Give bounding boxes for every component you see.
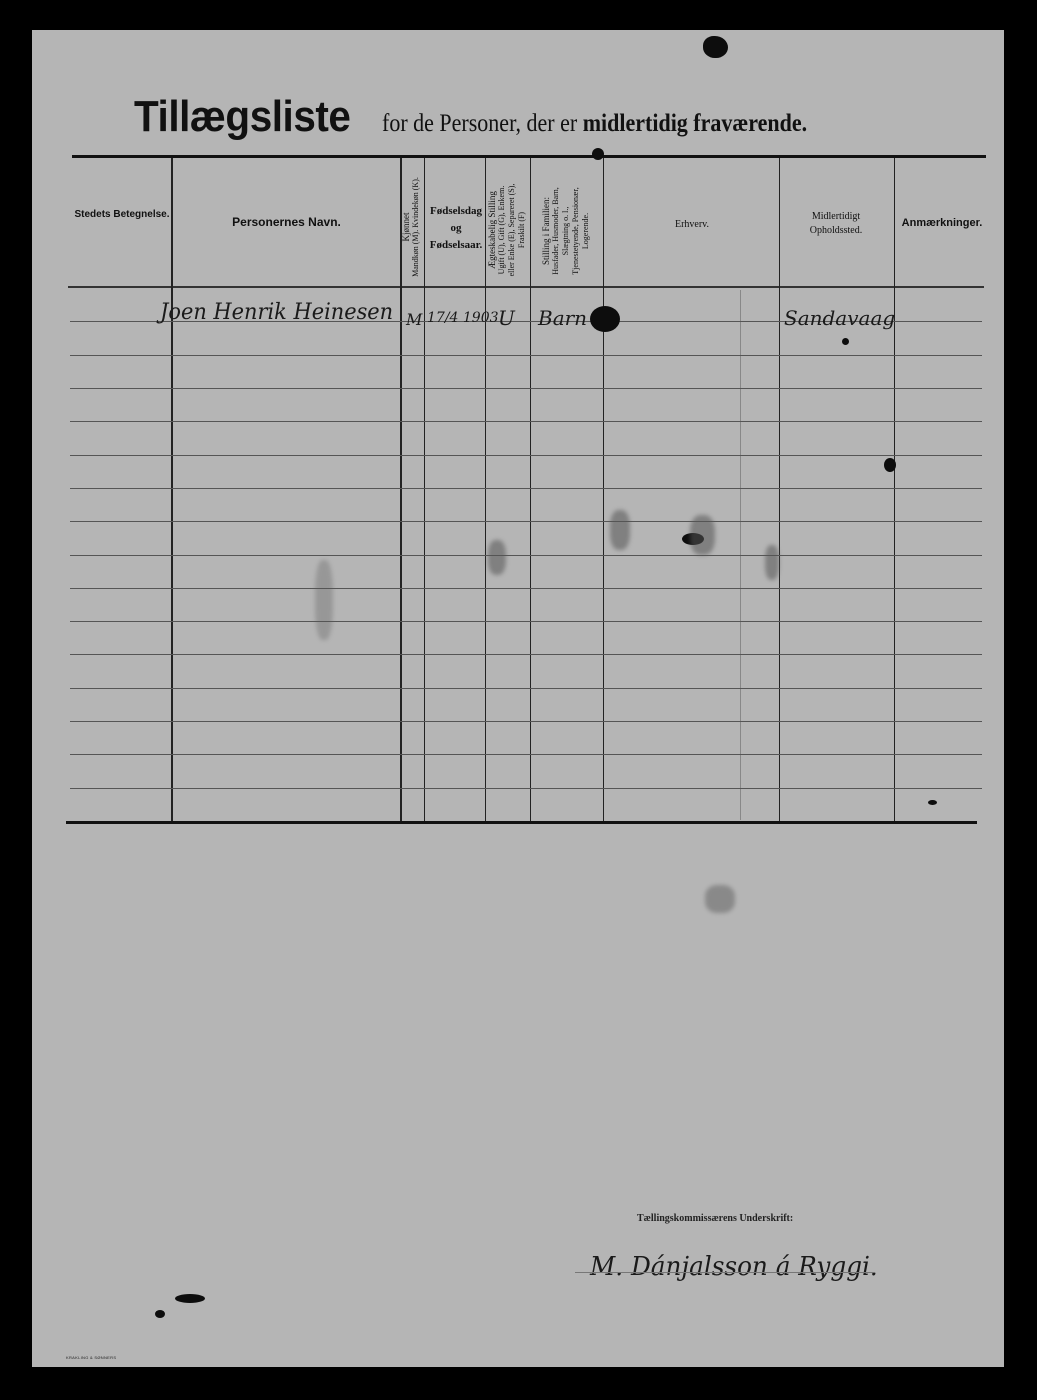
ink-blot xyxy=(884,458,896,472)
ink-blot xyxy=(155,1310,165,1318)
ink-blot xyxy=(842,338,849,345)
signature-line xyxy=(575,1272,875,1273)
row-line xyxy=(70,621,982,622)
smudge xyxy=(705,885,735,913)
header-kjonnet: Kjønnet Mandkøn (M). Kvindekøn (K). xyxy=(401,167,425,287)
cell-aegte: U xyxy=(498,306,515,330)
cell-navn: Joen Henrik Heinesen xyxy=(160,300,393,325)
header-stilling-i-familien: Stilling i Familien: Husfader, Husmoder,… xyxy=(541,171,593,291)
row-line xyxy=(70,355,982,356)
row-line xyxy=(70,555,982,556)
row-line xyxy=(70,388,982,389)
row-line xyxy=(70,455,982,456)
row-line xyxy=(70,588,982,589)
printer-mark: KRAKLING & SØNNERS xyxy=(66,1355,116,1360)
cell-kjon: M xyxy=(406,310,422,329)
cell-opholdssted: Sandavaag xyxy=(784,306,895,330)
header-stedets-betegnelse: Stedets Betegnelse. xyxy=(74,208,170,222)
table-bottom-rule xyxy=(66,821,977,824)
form-title: Tillægsliste xyxy=(134,92,350,142)
ink-blot xyxy=(592,148,604,160)
row-line xyxy=(70,754,982,755)
header-anmaerkninger: Anmærkninger. xyxy=(896,217,988,229)
row-line xyxy=(70,788,982,789)
ink-blot xyxy=(703,36,728,58)
table-top-rule xyxy=(72,155,986,158)
row-line xyxy=(70,488,982,489)
row-line xyxy=(70,688,982,689)
row-line xyxy=(70,521,982,522)
smudge xyxy=(610,510,630,550)
smudge xyxy=(315,560,333,640)
header-aegteskabelig-stilling: Ægteskabelig Stilling Ugift (U), Gift (G… xyxy=(487,170,527,290)
smudge xyxy=(488,540,506,575)
header-fodselsdag: Fødselsdag og Fødselsaar. xyxy=(426,203,486,254)
signature-label: Tællingskommissærens Underskrift: xyxy=(637,1213,793,1224)
signature-value: M. Dánjalsson á Ryggi. xyxy=(590,1252,878,1282)
cell-fodsel: 17/4 1903 xyxy=(427,310,499,326)
ink-blot xyxy=(928,800,937,805)
header-midlertidigt-opholdssted: Midlertidigt Opholdssted. xyxy=(796,210,876,238)
row-line xyxy=(70,721,982,722)
ink-blot xyxy=(590,306,620,332)
cell-stilling: Barn xyxy=(538,306,587,330)
header-personernes-navn: Personernes Navn. xyxy=(173,215,400,229)
smudge xyxy=(765,545,779,580)
row-line xyxy=(70,421,982,422)
smudge xyxy=(690,515,715,555)
ink-blot xyxy=(175,1294,205,1303)
header-erhverv: Erhverv. xyxy=(605,219,779,230)
form-subtitle: for de Personer, der er midlertidig frav… xyxy=(382,110,807,138)
row-line xyxy=(70,654,982,655)
